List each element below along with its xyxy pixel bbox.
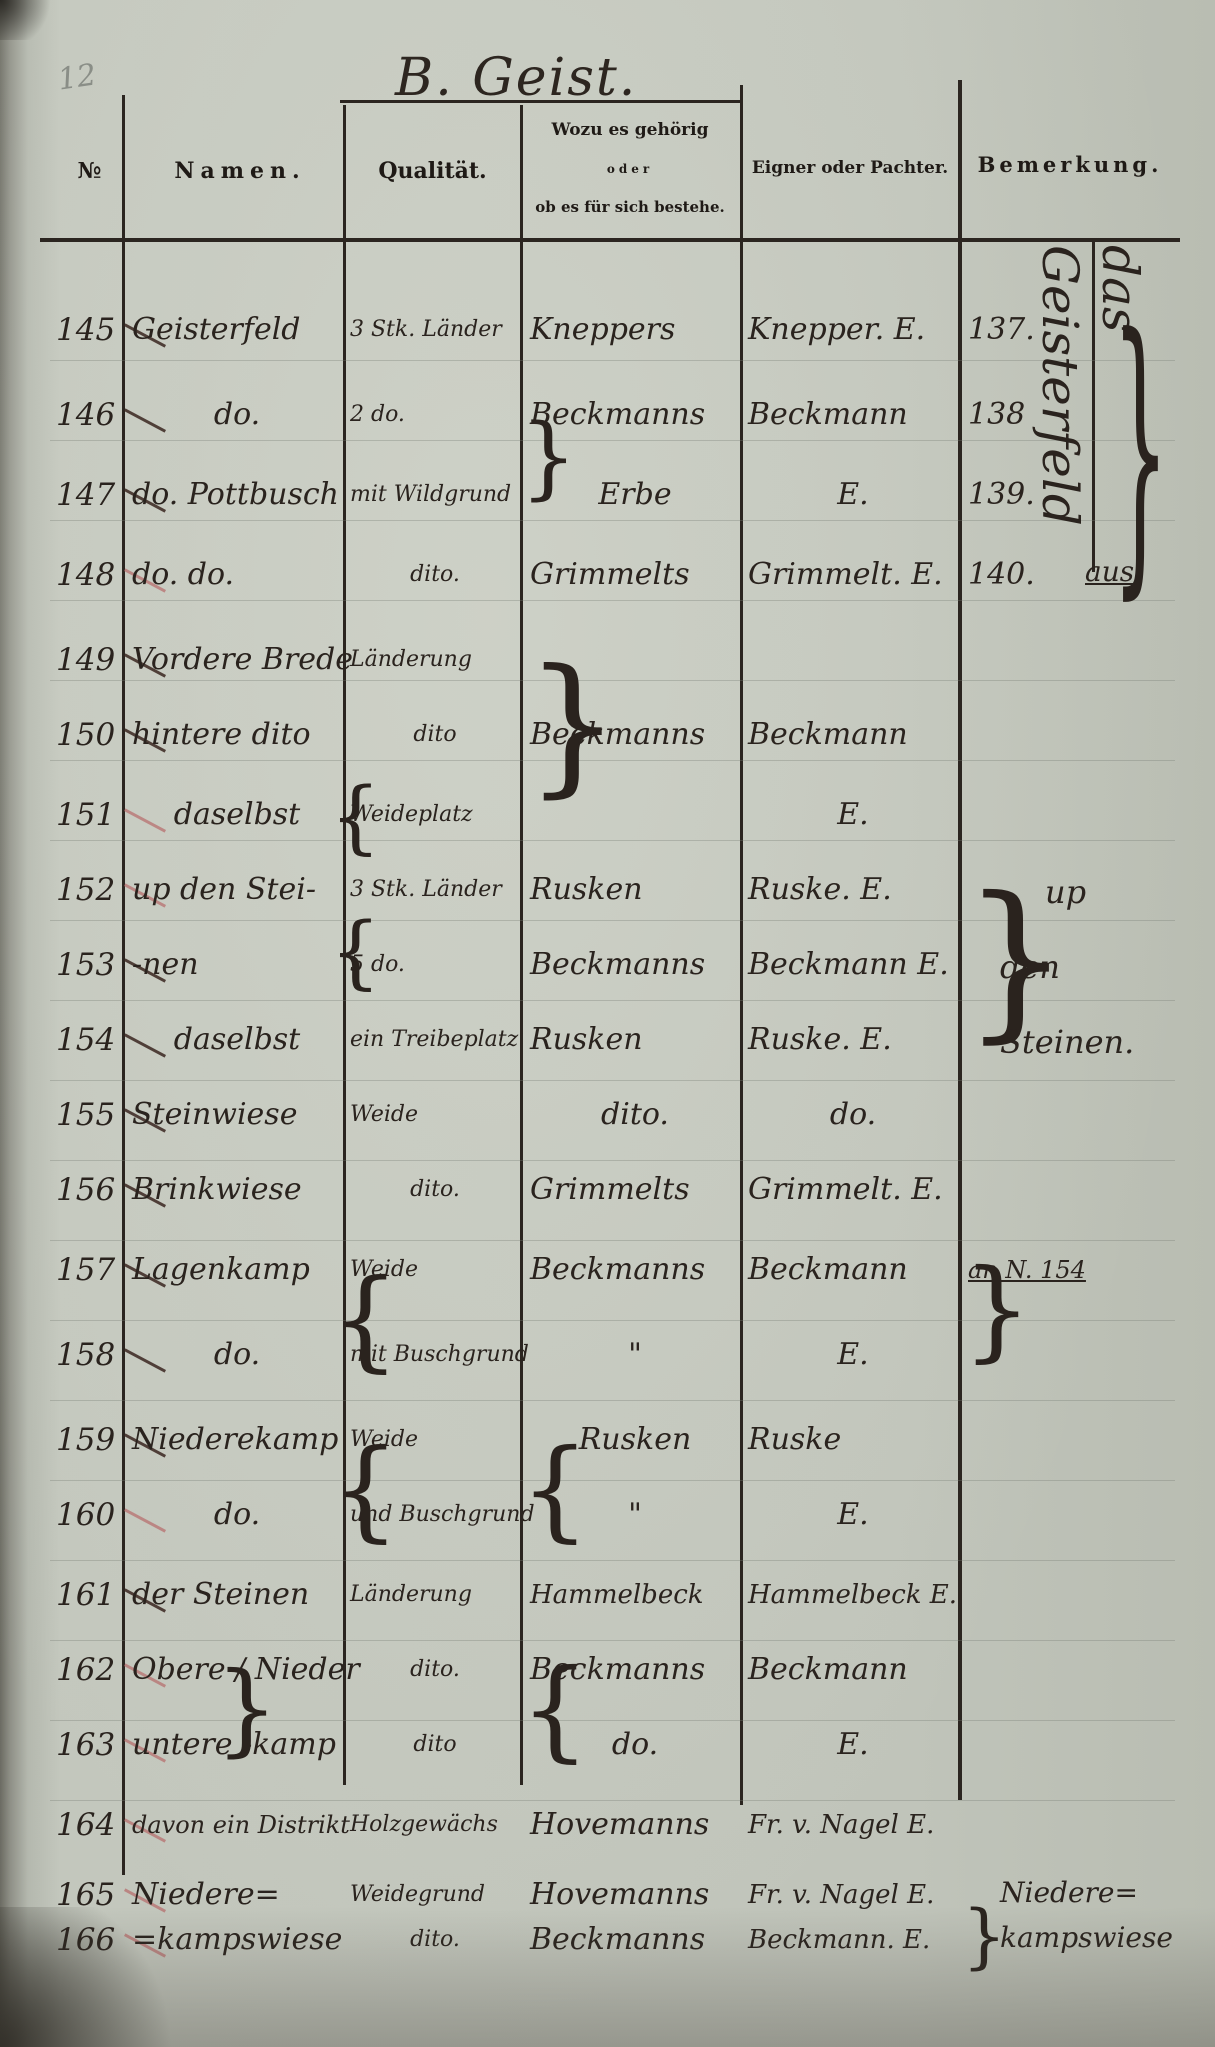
parcel-name: do. — [132, 1325, 342, 1385]
grouping-brace-icon: } — [962, 1895, 1007, 1977]
row-number: 155 — [56, 1085, 128, 1145]
parcel-owner: Hammelbeck E. — [748, 1565, 958, 1625]
header-no: № — [62, 158, 117, 184]
row-number: 166 — [56, 1910, 128, 1970]
margin-note-vertical: das Geisterfeld — [1090, 245, 1150, 575]
parcel-quality: Holzgewächs — [350, 1795, 520, 1855]
header-belongs-line3: ob es für sich bestehe. — [525, 196, 735, 219]
parcel-name: davon ein Distrikt — [132, 1795, 342, 1855]
parcel-owner: Knepper. E. — [748, 300, 958, 360]
parcel-owner: Beckmann — [748, 1640, 958, 1700]
grouping-brace-icon: } — [525, 650, 620, 800]
table-row: 158 do. mit Buschgrund " E. — [0, 1325, 1215, 1385]
parcel-quality: dito — [350, 705, 520, 765]
grouping-brace-icon: { — [330, 770, 381, 863]
parcel-quality: Länderung — [350, 1565, 520, 1625]
ruled-line — [50, 1080, 1175, 1081]
row-number: 158 — [56, 1325, 128, 1385]
parcel-belongs-to: Beckmanns — [530, 1910, 740, 1970]
margin-note-line: up — [1000, 862, 1134, 922]
header-remark: Bemerkung. — [965, 152, 1175, 177]
parcel-name: up den Stei- — [132, 860, 342, 920]
row-number: 146 — [56, 385, 128, 445]
row-number: 156 — [56, 1160, 128, 1220]
grouping-brace-icon: } — [962, 1245, 1032, 1373]
table-row: 166 =kampswiese dito. Beckmanns Beckmann… — [0, 1910, 1215, 1970]
header-belongs-line1: Wozu es gehörig — [525, 118, 735, 144]
row-number: 162 — [56, 1640, 128, 1700]
parcel-name: Niedere= — [132, 1865, 342, 1925]
parcel-quality: Weidegrund — [350, 1865, 520, 1925]
parcel-name: do. do. — [132, 545, 342, 605]
parcel-belongs-to: Hovemanns — [530, 1865, 740, 1925]
table-row: 157 Lagenkamp Weide Beckmanns Beckmann a… — [0, 1240, 1215, 1300]
row-number: 152 — [56, 860, 128, 920]
parcel-name: do. — [132, 385, 342, 445]
parcel-quality: dito — [350, 1715, 520, 1775]
parcel-name: Steinwiese — [132, 1085, 342, 1145]
parcel-owner: Ruske — [748, 1410, 958, 1470]
parcel-belongs-to: Beckmanns — [530, 935, 740, 995]
table-row: 161 der Steinen Länderung Hammelbeck Ham… — [0, 1565, 1215, 1625]
grouping-brace-icon: } — [215, 1650, 279, 1767]
row-number: 153 — [56, 935, 128, 995]
parcel-name: der Steinen — [132, 1565, 342, 1625]
parcel-quality: ein Treibeplatz — [350, 1010, 520, 1070]
row-number: 164 — [56, 1795, 128, 1855]
parcel-belongs-to: Grimmelts — [530, 545, 740, 605]
row-number: 145 — [56, 300, 128, 360]
parcel-owner: E. — [748, 1485, 958, 1545]
margin-note-line: den — [1000, 937, 1134, 997]
page-edge-shadow — [0, 1907, 200, 2047]
table-row: 159 Niederekamp Weide Rusken Ruske — [0, 1410, 1215, 1470]
parcel-name: Geisterfeld — [132, 300, 342, 360]
parcel-quality: dito. — [350, 545, 520, 605]
parcel-belongs-to: " — [530, 1325, 740, 1385]
parcel-quality: Länderung — [350, 630, 520, 690]
row-number: 163 — [56, 1715, 128, 1775]
parcel-quality: 3 Stk. Länder — [350, 300, 520, 360]
parcel-owner: Beckmann. E. — [748, 1910, 958, 1970]
margin-note-niedere-kampswiese: Niedere= kampswiese — [1000, 1870, 1173, 1960]
parcel-name: do. — [132, 1485, 342, 1545]
parcel-quality: Weide — [350, 1085, 520, 1145]
row-number: 147 — [56, 465, 128, 525]
parcel-owner: Ruske. E. — [748, 1010, 958, 1070]
parcel-remark: 140. — [968, 545, 1088, 605]
row-number: 161 — [56, 1565, 128, 1625]
parcel-belongs-to: dito. — [530, 1085, 740, 1145]
margin-note-aus: aus — [1085, 555, 1134, 588]
parcel-belongs-to: Beckmanns — [530, 1240, 740, 1300]
parcel-name: -nen — [132, 935, 342, 995]
margin-note-line: Steinen. — [1000, 1012, 1134, 1072]
parcel-quality: mit Wildgrund — [350, 465, 520, 525]
parcel-owner: E. — [748, 785, 958, 845]
parcel-name: Niederekamp — [132, 1410, 342, 1470]
parcel-owner: do. — [748, 1085, 958, 1145]
parcel-name: Brinkwiese — [132, 1160, 342, 1220]
table-row: 162 Obere / Nieder dito. Beckmanns Beckm… — [0, 1640, 1215, 1700]
row-number: 151 — [56, 785, 128, 845]
parcel-owner: E. — [748, 465, 958, 525]
row-number: 148 — [56, 545, 128, 605]
parcel-belongs-to: Rusken — [530, 1010, 740, 1070]
grouping-brace-icon: { — [330, 1255, 400, 1383]
parcel-belongs-to: Hammelbeck — [530, 1565, 740, 1625]
parcel-owner: Beckmann — [748, 705, 958, 765]
margin-note-line: Niedere= — [1000, 1870, 1173, 1915]
parcel-belongs-to: Rusken — [530, 860, 740, 920]
grouping-brace-icon: { — [520, 1645, 590, 1773]
parcel-owner: E. — [748, 1325, 958, 1385]
ruled-line — [50, 1480, 1175, 1481]
table-row: 164 davon ein Distrikt Holzgewächs Hovem… — [0, 1795, 1215, 1855]
parcel-name: hintere dito — [132, 705, 342, 765]
row-number: 159 — [56, 1410, 128, 1470]
parcel-belongs-to: Kneppers — [530, 300, 740, 360]
header-owner: Eigner oder Pachter. — [745, 158, 955, 178]
header-belongs-line2: oder — [525, 160, 735, 178]
grouping-brace-icon: } — [520, 405, 577, 510]
header-bottom-rule — [40, 238, 1180, 242]
row-number: 149 — [56, 630, 128, 690]
section-title: B. Geist. — [395, 48, 637, 108]
row-number: 154 — [56, 1010, 128, 1070]
parcel-name: Lagenkamp — [132, 1240, 342, 1300]
parcel-owner: Ruske. E. — [748, 860, 958, 920]
header-quality: Qualität. — [350, 158, 515, 184]
margin-note-up-den-steinen: up den Steinen. — [1000, 862, 1134, 1072]
parcel-quality: dito. — [350, 1640, 520, 1700]
ledger-page: 12 B. Geist. № Namen. Qualität. Wozu es … — [0, 0, 1215, 2047]
row-number: 157 — [56, 1240, 128, 1300]
header-name: Namen. — [140, 158, 340, 184]
ruled-line — [50, 1400, 1175, 1401]
parcel-name: do. Pottbusch — [132, 465, 342, 525]
page-corner-shadow — [0, 0, 60, 40]
parcel-quality: dito. — [350, 1160, 520, 1220]
check-mark-icon — [124, 1933, 166, 1957]
parcel-owner: Beckmann — [748, 1240, 958, 1300]
table-row: 163 untere -kamp dito do. E. — [0, 1715, 1215, 1775]
title-underline — [340, 100, 740, 103]
parcel-belongs-to: Grimmelts — [530, 1160, 740, 1220]
table-row: 155 Steinwiese Weide dito. do. — [0, 1085, 1215, 1145]
parcel-quality: 2 do. — [350, 385, 520, 445]
parcel-quality: dito. — [350, 1910, 520, 1970]
page-number: 12 — [56, 58, 99, 98]
parcel-name: Vordere Brede — [132, 630, 342, 690]
parcel-name: daselbst — [132, 1010, 342, 1070]
row-number: 165 — [56, 1865, 128, 1925]
parcel-name: daselbst — [132, 785, 342, 845]
parcel-owner: Fr. v. Nagel E. — [748, 1865, 958, 1925]
parcel-belongs-to: Hovemanns — [530, 1795, 740, 1855]
grouping-brace-icon: { — [330, 1425, 400, 1553]
row-number: 150 — [56, 705, 128, 765]
parcel-owner: Grimmelt. E. — [748, 545, 958, 605]
parcel-owner: E. — [748, 1715, 958, 1775]
parcel-owner: Beckmann — [748, 385, 958, 445]
ruled-line — [50, 360, 1175, 361]
grouping-brace-icon: { — [520, 1425, 590, 1553]
margin-note-line: kampswiese — [1000, 1915, 1173, 1960]
parcel-name: =kampswiese — [132, 1910, 342, 1970]
parcel-owner: Beckmann E. — [748, 935, 958, 995]
grouping-brace-icon: { — [330, 905, 381, 998]
table-row: 156 Brinkwiese dito. Grimmelts Grimmelt.… — [0, 1160, 1215, 1220]
table-row: 148 do. do. dito. Grimmelts Grimmelt. E.… — [0, 545, 1215, 605]
table-row: 160 do. und Buschgrund " E. — [0, 1485, 1215, 1545]
row-number: 160 — [56, 1485, 128, 1545]
ruled-line — [50, 1560, 1175, 1561]
parcel-owner: Fr. v. Nagel E. — [748, 1795, 958, 1855]
parcel-owner: Grimmelt. E. — [748, 1160, 958, 1220]
